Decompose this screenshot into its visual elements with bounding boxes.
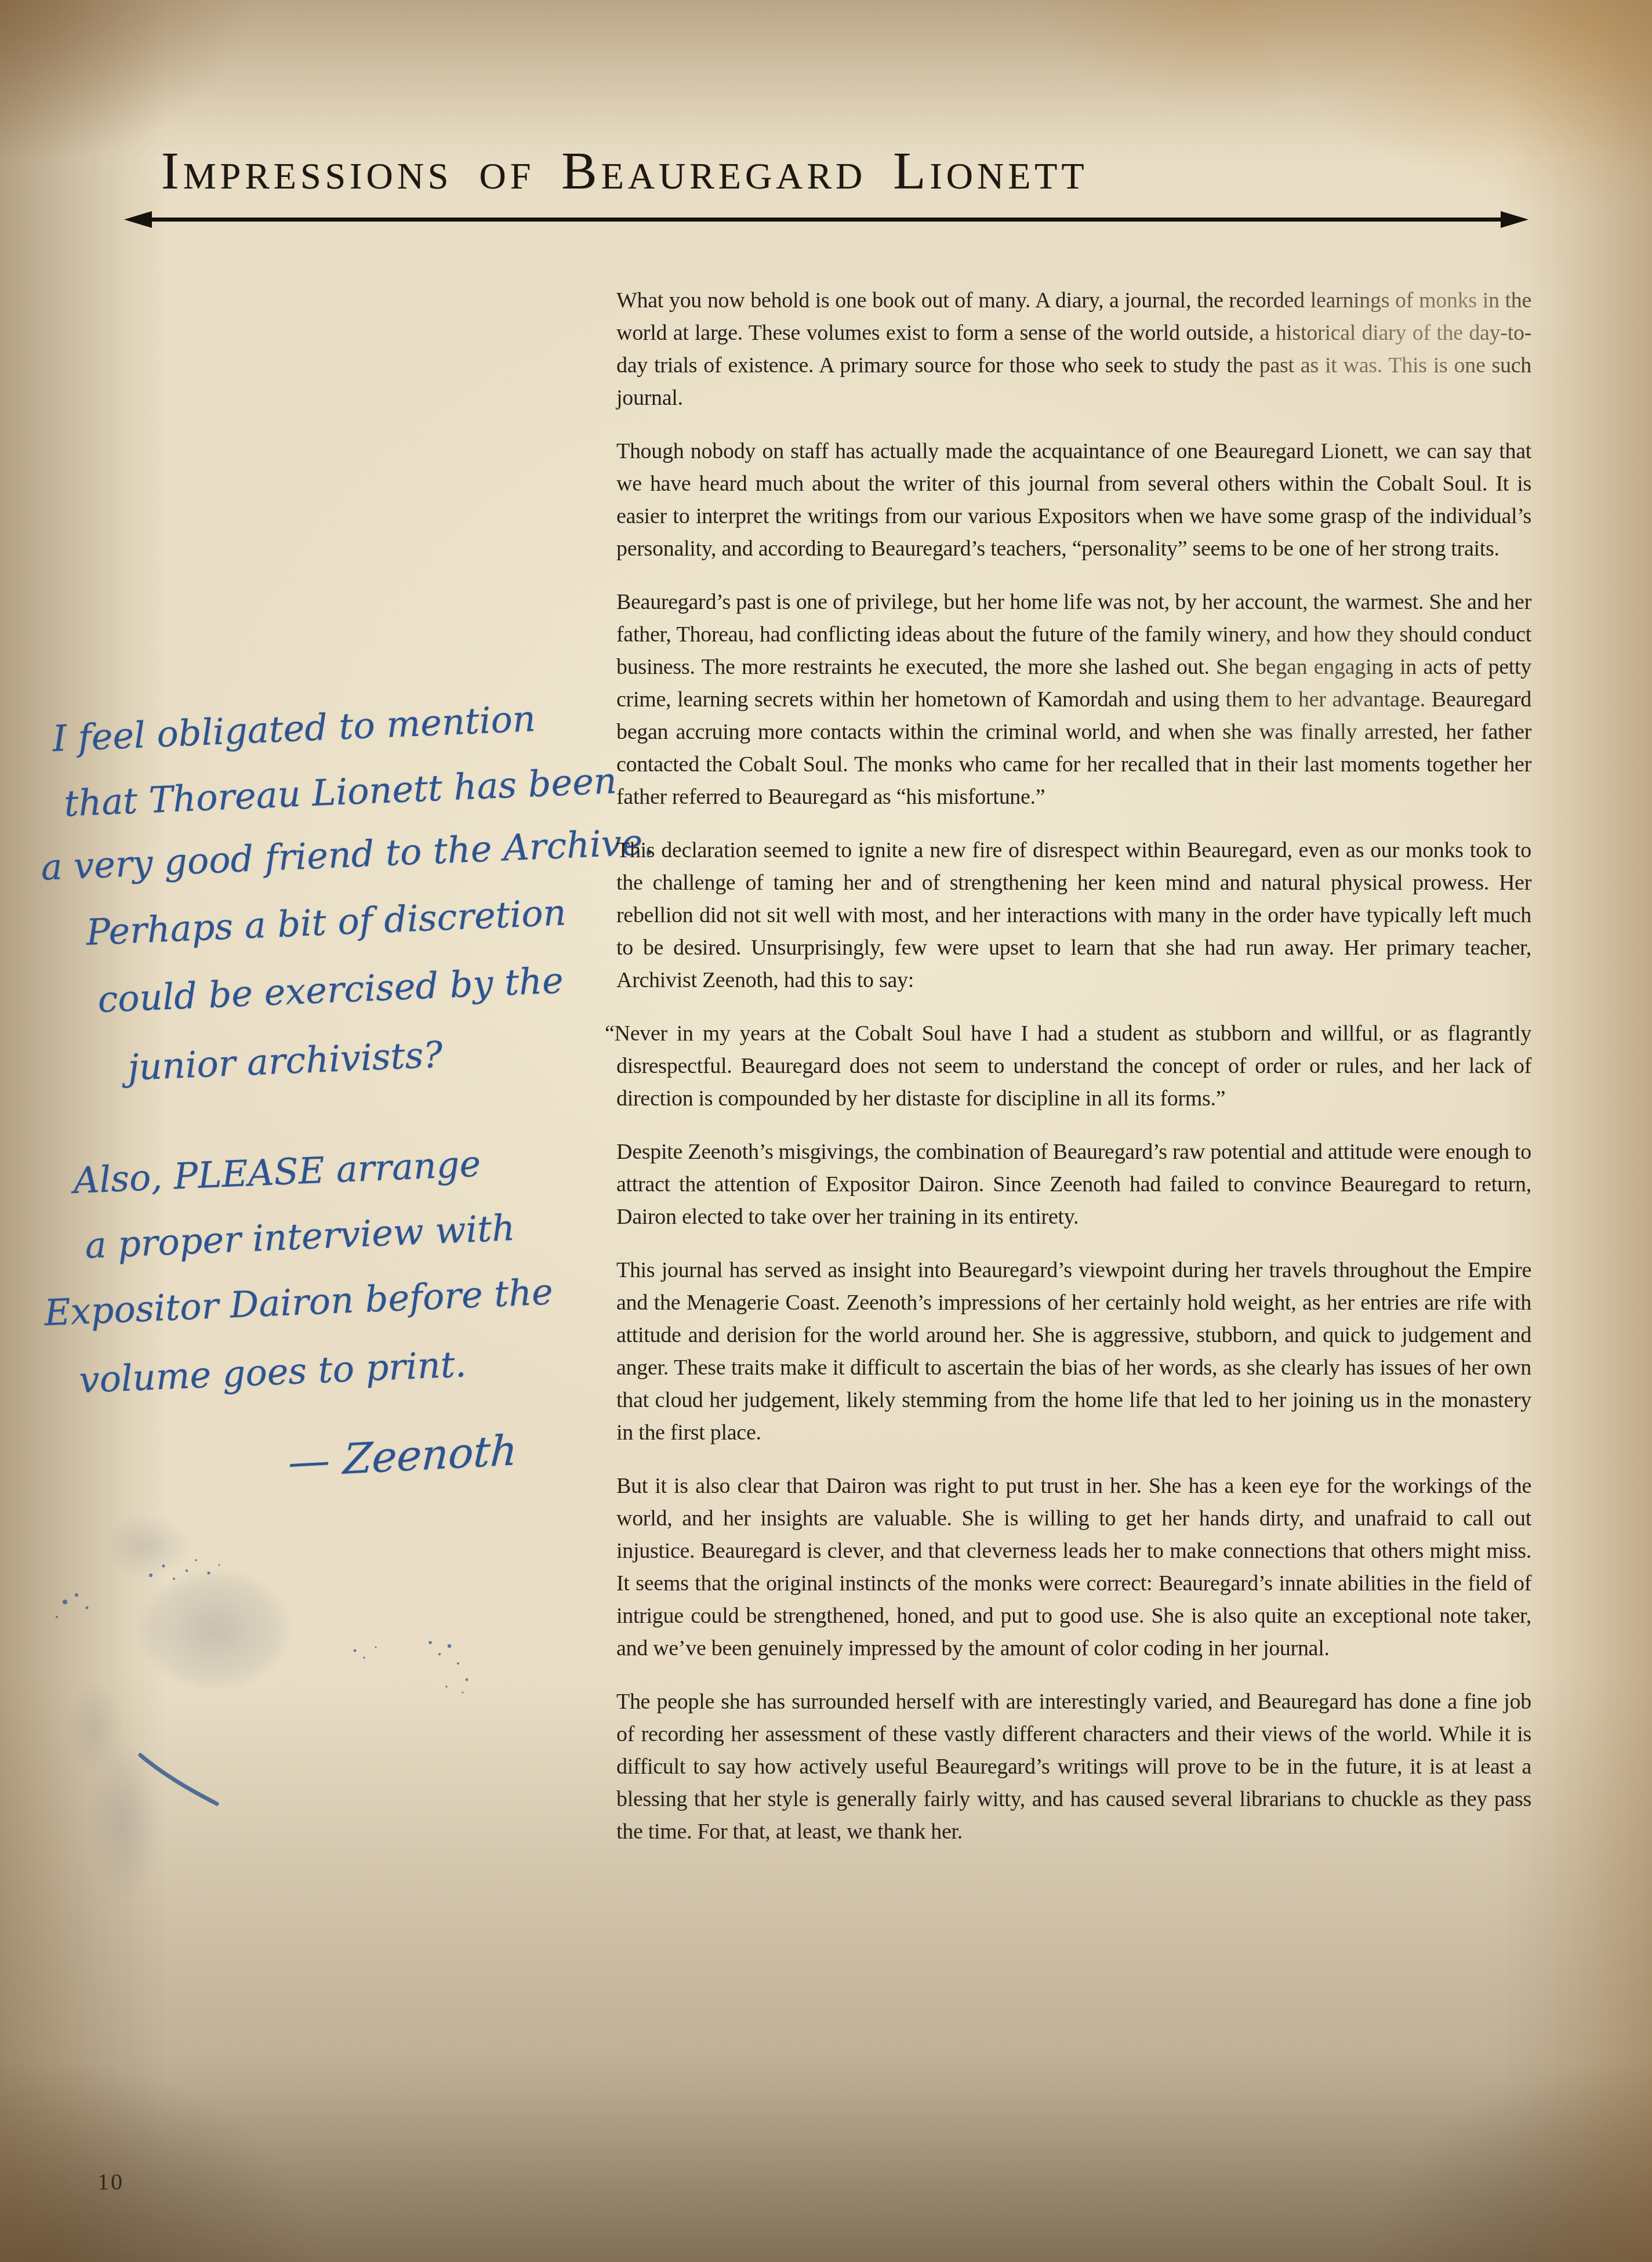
margin-note-line: a proper interview with <box>84 1207 515 1266</box>
paragraph: The people she has surrounded herself wi… <box>616 1685 1531 1848</box>
paragraph: This journal has served as insight into … <box>616 1254 1531 1449</box>
paragraph: But it is also clear that Dairon was rig… <box>616 1470 1531 1665</box>
article-text: What you now behold is one book out of m… <box>616 284 1531 1869</box>
margin-note-line: that Thoreau Lionett has been <box>63 760 618 824</box>
margin-note-line: Also, PLEASE arrange <box>72 1143 481 1202</box>
margin-note-line: a very good friend to the Archive. <box>40 821 655 889</box>
journal-page: Impressions of Beauregard Lionett I feel… <box>0 0 1652 2262</box>
paragraph: This declaration seemed to ignite a new … <box>616 834 1531 996</box>
page-number: 10 <box>97 2168 124 2195</box>
margin-note-line: volume goes to print. <box>78 1343 467 1401</box>
paragraph: Despite Zeenoth’s misgivings, the combin… <box>616 1136 1531 1233</box>
margin-note-line: I feel obligated to mention <box>52 698 536 759</box>
paragraph: Though nobody on staff has actually made… <box>616 435 1531 565</box>
margin-note-line: Expositor Dairon before the <box>43 1271 554 1333</box>
margin-note-line: junior archivists? <box>127 1034 444 1088</box>
margin-note-line: could be exercised by the <box>97 959 564 1020</box>
pen-scratch-mark <box>140 1755 217 1804</box>
margin-note-line: Perhaps a bit of discretion <box>85 891 567 953</box>
divider-arrow-line <box>0 206 1652 233</box>
paragraph: Beauregard’s past is one of privilege, b… <box>616 586 1531 813</box>
blockquote-paragraph: “Never in my years at the Cobalt Soul ha… <box>616 1017 1531 1115</box>
margin-note-signature: — Zeenoth <box>287 1426 518 1487</box>
paragraph: What you now behold is one book out of m… <box>616 284 1531 414</box>
page-title: Impressions of Beauregard Lionett <box>161 144 1088 197</box>
